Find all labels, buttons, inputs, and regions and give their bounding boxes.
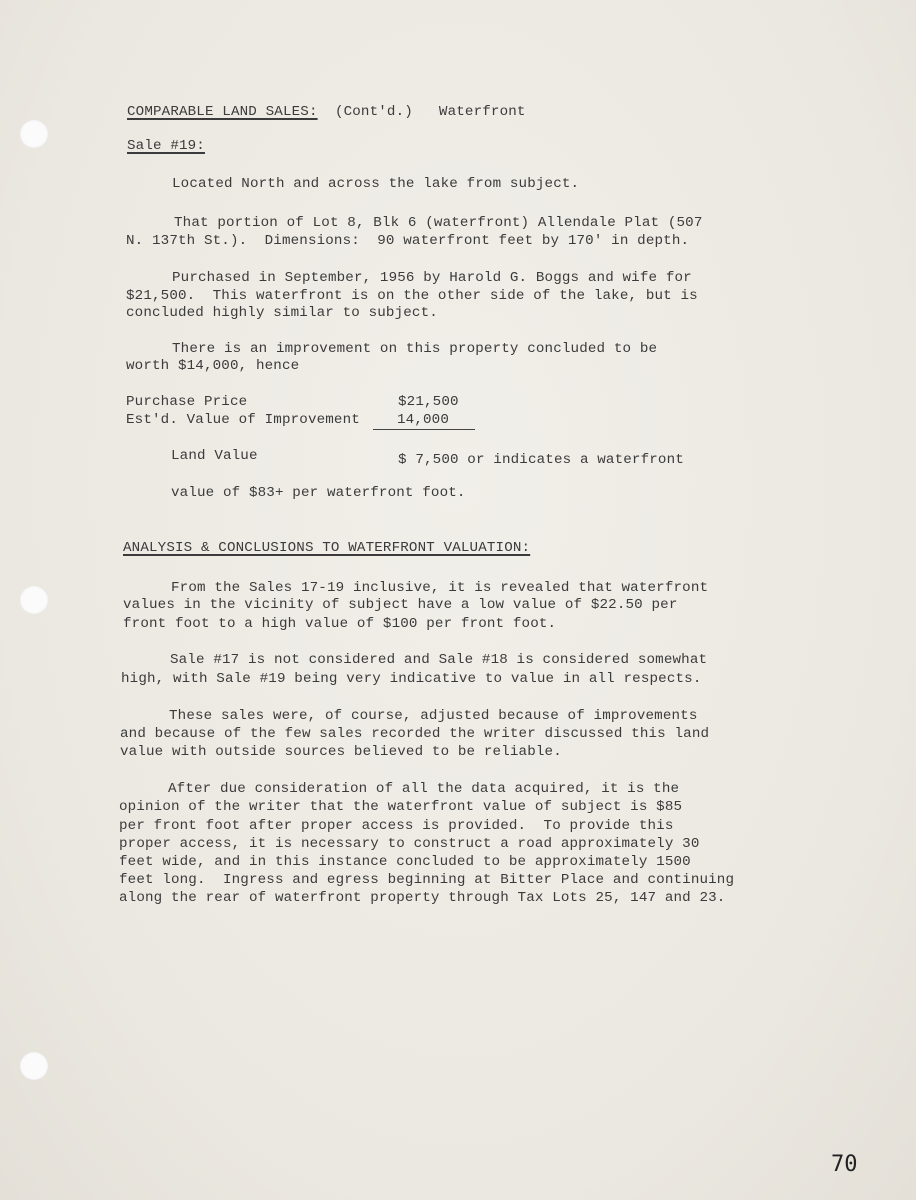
- page-number: 70: [831, 1152, 858, 1177]
- land-value-label: Land Value: [171, 448, 258, 466]
- analysis-heading: ANALYSIS & CONCLUSIONS TO WATERFRONT VAL…: [123, 540, 530, 558]
- analysis-p1-line: From the Sales 17-19 inclusive, it is re…: [171, 580, 708, 598]
- analysis-p1-line: values in the vicinity of subject have a…: [123, 597, 678, 615]
- binder-hole: [20, 586, 48, 614]
- per-foot-value: value of $83+ per waterfront foot.: [171, 485, 466, 503]
- section-cont: (Cont'd.): [335, 104, 413, 120]
- sale-legal-line-1: That portion of Lot 8, Blk 6 (waterfront…: [174, 215, 703, 233]
- land-value-value: $ 7,500 or indicates a waterfront: [398, 452, 684, 470]
- analysis-p4-line: per front foot after proper access is pr…: [119, 818, 674, 836]
- sale-purchase-line-2: $21,500. This waterfront is on the other…: [126, 288, 698, 306]
- analysis-p2-line: Sale #17 is not considered and Sale #18 …: [170, 652, 707, 670]
- sale-location: Located North and across the lake from s…: [172, 176, 579, 194]
- analysis-p4-line: feet wide, and in this instance conclude…: [119, 854, 691, 872]
- sale-purchase-line-1: Purchased in September, 1956 by Harold G…: [172, 270, 692, 288]
- sale-improvement-line-1: There is an improvement on this property…: [172, 341, 657, 359]
- sale-heading: Sale #19:: [127, 138, 205, 156]
- document-page: COMPARABLE LAND SALES: (Cont'd.) Waterfr…: [0, 0, 916, 1200]
- purchase-price-value: $21,500: [398, 394, 459, 412]
- section-header: COMPARABLE LAND SALES: (Cont'd.) Waterfr…: [127, 104, 526, 122]
- analysis-p2-line: high, with Sale #19 being very indicativ…: [121, 671, 701, 689]
- improvement-label: Est'd. Value of Improvement: [126, 412, 360, 430]
- subtotal-rule: [373, 429, 475, 430]
- binder-hole: [20, 120, 48, 148]
- section-title: COMPARABLE LAND SALES:: [127, 104, 318, 120]
- analysis-p4-line: opinion of the writer that the waterfron…: [119, 799, 682, 817]
- analysis-p1-line: front foot to a high value of $100 per f…: [123, 616, 556, 634]
- analysis-p4-line: feet long. Ingress and egress beginning …: [119, 872, 734, 890]
- analysis-p3-line: value with outside sources believed to b…: [120, 744, 562, 762]
- analysis-p4-line: After due consideration of all the data …: [168, 781, 679, 799]
- improvement-value: 14,000: [397, 412, 449, 430]
- analysis-p4-line: proper access, it is necessary to constr…: [119, 836, 699, 854]
- analysis-p4-line: along the rear of waterfront property th…: [119, 890, 725, 908]
- analysis-p3-line: These sales were, of course, adjusted be…: [169, 708, 698, 726]
- section-category: Waterfront: [439, 104, 526, 120]
- sale-improvement-line-2: worth $14,000, hence: [126, 358, 299, 376]
- sale-purchase-line-3: concluded highly similar to subject.: [126, 305, 438, 323]
- sale-legal-line-2: N. 137th St.). Dimensions: 90 waterfront…: [126, 233, 689, 251]
- purchase-price-label: Purchase Price: [126, 394, 247, 412]
- binder-hole: [20, 1052, 48, 1080]
- analysis-p3-line: and because of the few sales recorded th…: [120, 726, 709, 744]
